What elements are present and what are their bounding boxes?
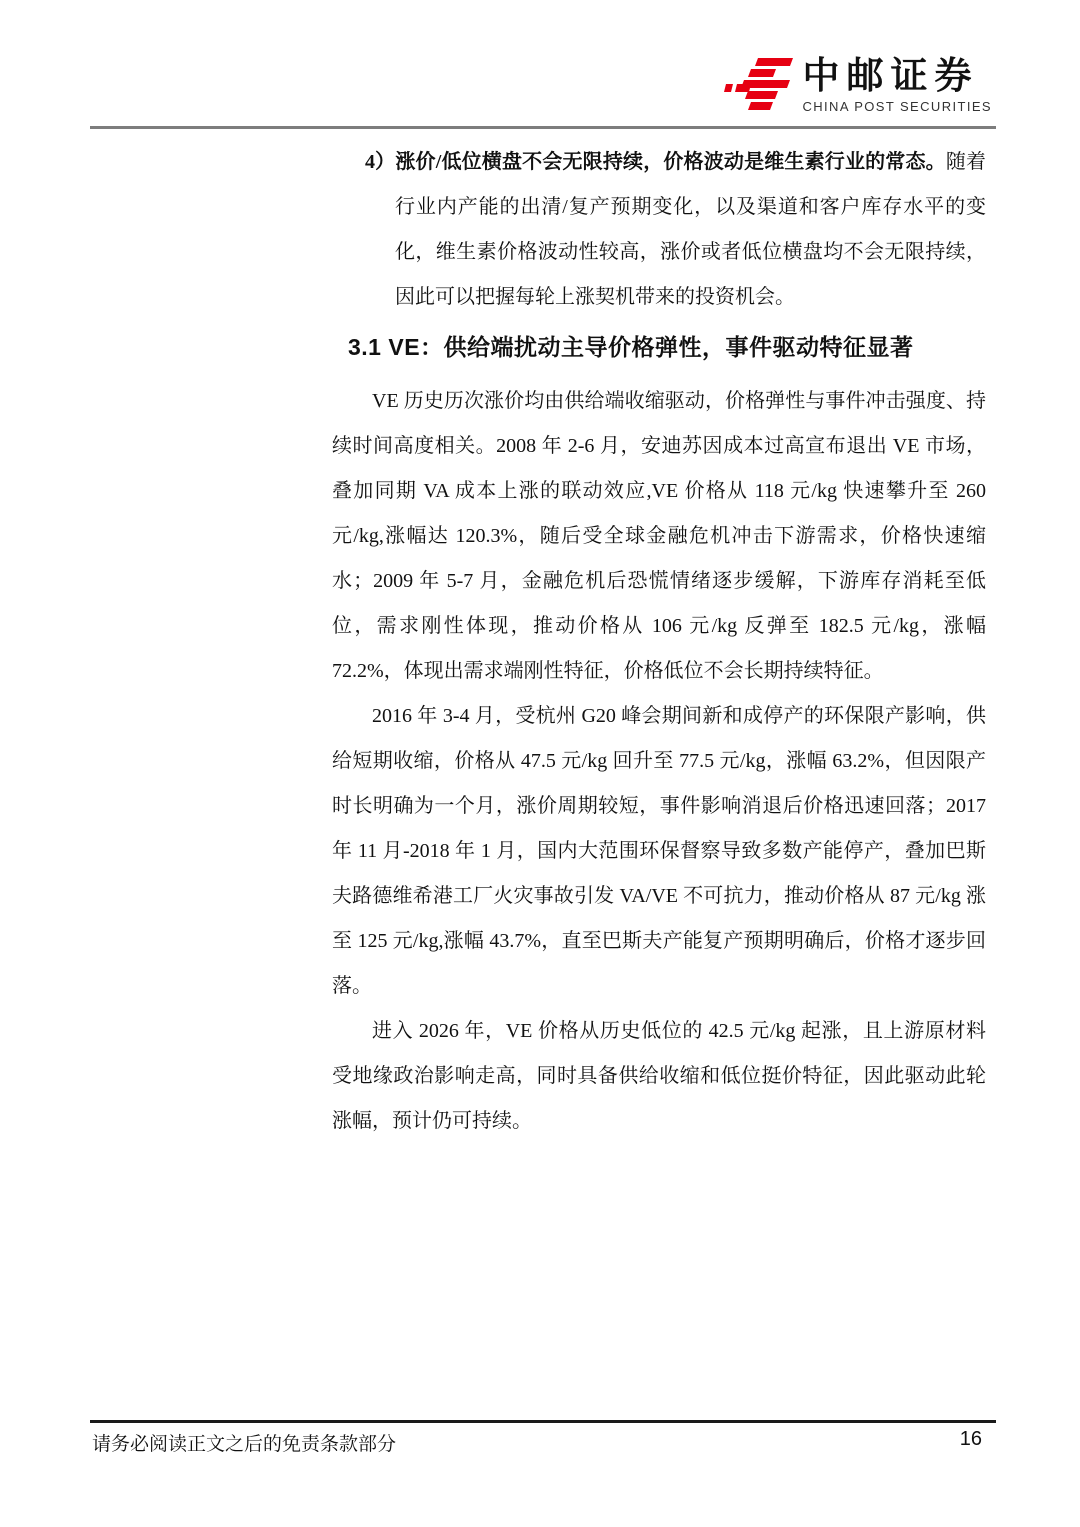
point-rest-text: 随着行业内产能的出清/复产预期变化，以及渠道和客户库存水平的变化，维生素价格波动… xyxy=(395,151,986,308)
brand-name-en: CHINA POST SECURITIES xyxy=(802,99,992,114)
paragraph-3: 进入 2026 年，VE 价格从历史低位的 42.5 元/kg 起涨，且上游原材… xyxy=(332,1009,986,1144)
china-post-emblem-icon xyxy=(720,55,796,119)
paragraph-2: 2016 年 3-4 月，受杭州 G20 峰会期间新和成停产的环保限产影响，供给… xyxy=(332,694,986,1009)
list-marker: 4） xyxy=(365,151,395,173)
section-heading: 3.1 VE：供给端扰动主导价格弹性，事件驱动特征显著 xyxy=(348,329,986,365)
point-bold-text: 涨价/低位横盘不会无限持续，价格波动是维生素行业的常态。 xyxy=(395,151,945,173)
paragraph-1: VE 历史历次涨价均由供给端收缩驱动，价格弹性与事件冲击强度、持续时间高度相关。… xyxy=(332,379,986,694)
brand-name-cn: 中邮证券 xyxy=(802,55,978,97)
footer-disclaimer: 请务必阅读正文之后的免责条款部分 xyxy=(92,1429,396,1456)
numbered-point-4: 4）涨价/低位横盘不会无限持续，价格波动是维生素行业的常态。随着行业内产能的出清… xyxy=(395,140,986,320)
brand-logo-text: 中邮证券 CHINA POST SECURITIES xyxy=(802,55,992,114)
footer-divider xyxy=(90,1420,996,1423)
header-divider xyxy=(90,126,996,129)
brand-logo: 中邮证券 CHINA POST SECURITIES xyxy=(720,55,992,119)
page-number: 16 xyxy=(960,1428,982,1451)
document-body: 4）涨价/低位横盘不会无限持续，价格波动是维生素行业的常态。随着行业内产能的出清… xyxy=(332,140,986,1144)
